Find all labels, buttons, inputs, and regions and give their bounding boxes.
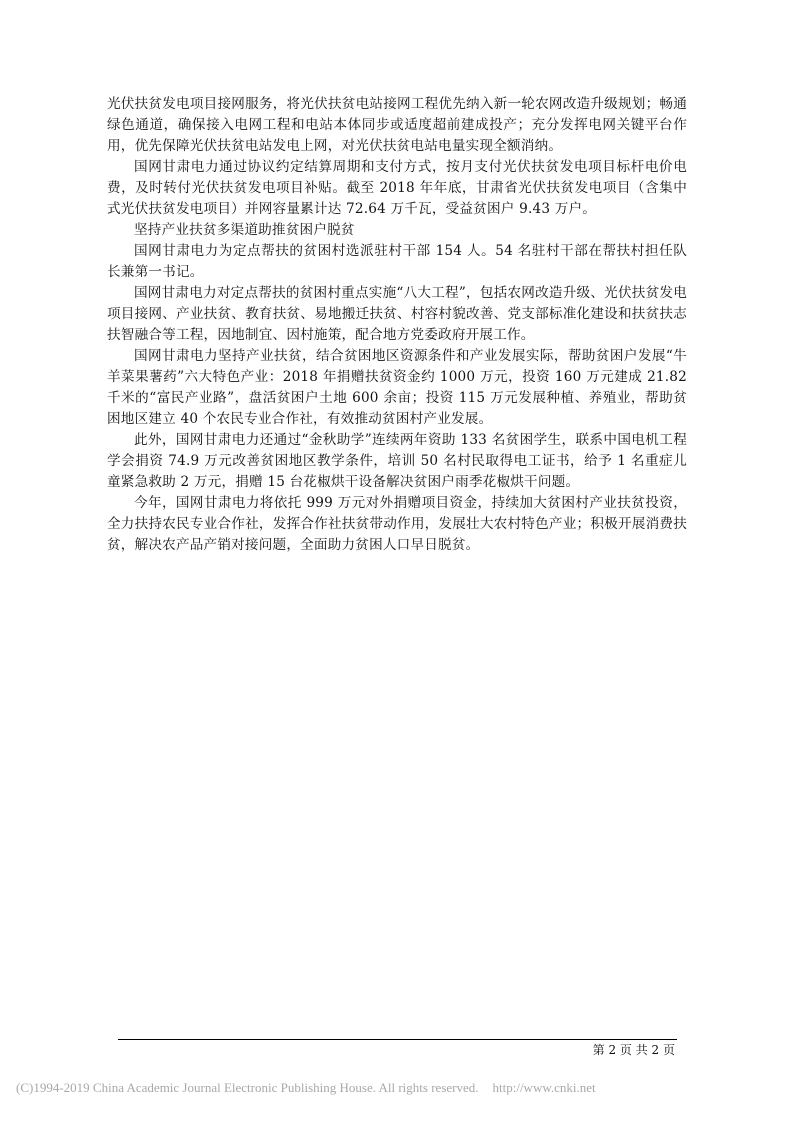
page-number: 第 2 页 共 2 页	[593, 1042, 675, 1058]
paragraph: 此外，国网甘肃电力还通过“金秋助学”连续两年资助 133 名贫困学生，联系中国电…	[107, 430, 687, 493]
paragraph: 国网甘肃电力为定点帮扶的贫困村选派驻村干部 154 人。54 名驻村干部在帮扶村…	[107, 241, 687, 283]
footer-divider	[118, 1039, 677, 1040]
paragraph: 国网甘肃电力通过协议约定结算周期和支付方式，按月支付光伏扶贫发电项目标杆电价电费…	[107, 157, 687, 220]
cnki-link[interactable]: http://www.cnki.net	[493, 1080, 596, 1095]
paragraph: 光伏扶贫发电项目接网服务，将光伏扶贫电站接网工程优先纳入新一轮农网改造升级规划；…	[107, 94, 687, 157]
paragraph: 今年，国网甘肃电力将依托 999 万元对外捐赠项目资金，持续加大贫困村产业扶贫投…	[107, 493, 687, 556]
section-heading: 坚持产业扶贫多渠道助推贫困户脱贫	[107, 220, 687, 241]
document-body: 光伏扶贫发电项目接网服务，将光伏扶贫电站接网工程优先纳入新一轮农网改造升级规划；…	[107, 94, 687, 556]
copyright-text: (C)1994-2019 China Academic Journal Elec…	[16, 1080, 479, 1095]
paragraph: 国网甘肃电力对定点帮扶的贫困村重点实施“八大工程”，包括农网改造升级、光伏扶贫发…	[107, 283, 687, 346]
copyright-notice: (C)1994-2019 China Academic Journal Elec…	[16, 1080, 776, 1096]
paragraph: 国网甘肃电力坚持产业扶贫，结合贫困地区资源条件和产业发展实际，帮助贫困户发展“牛…	[107, 346, 687, 430]
